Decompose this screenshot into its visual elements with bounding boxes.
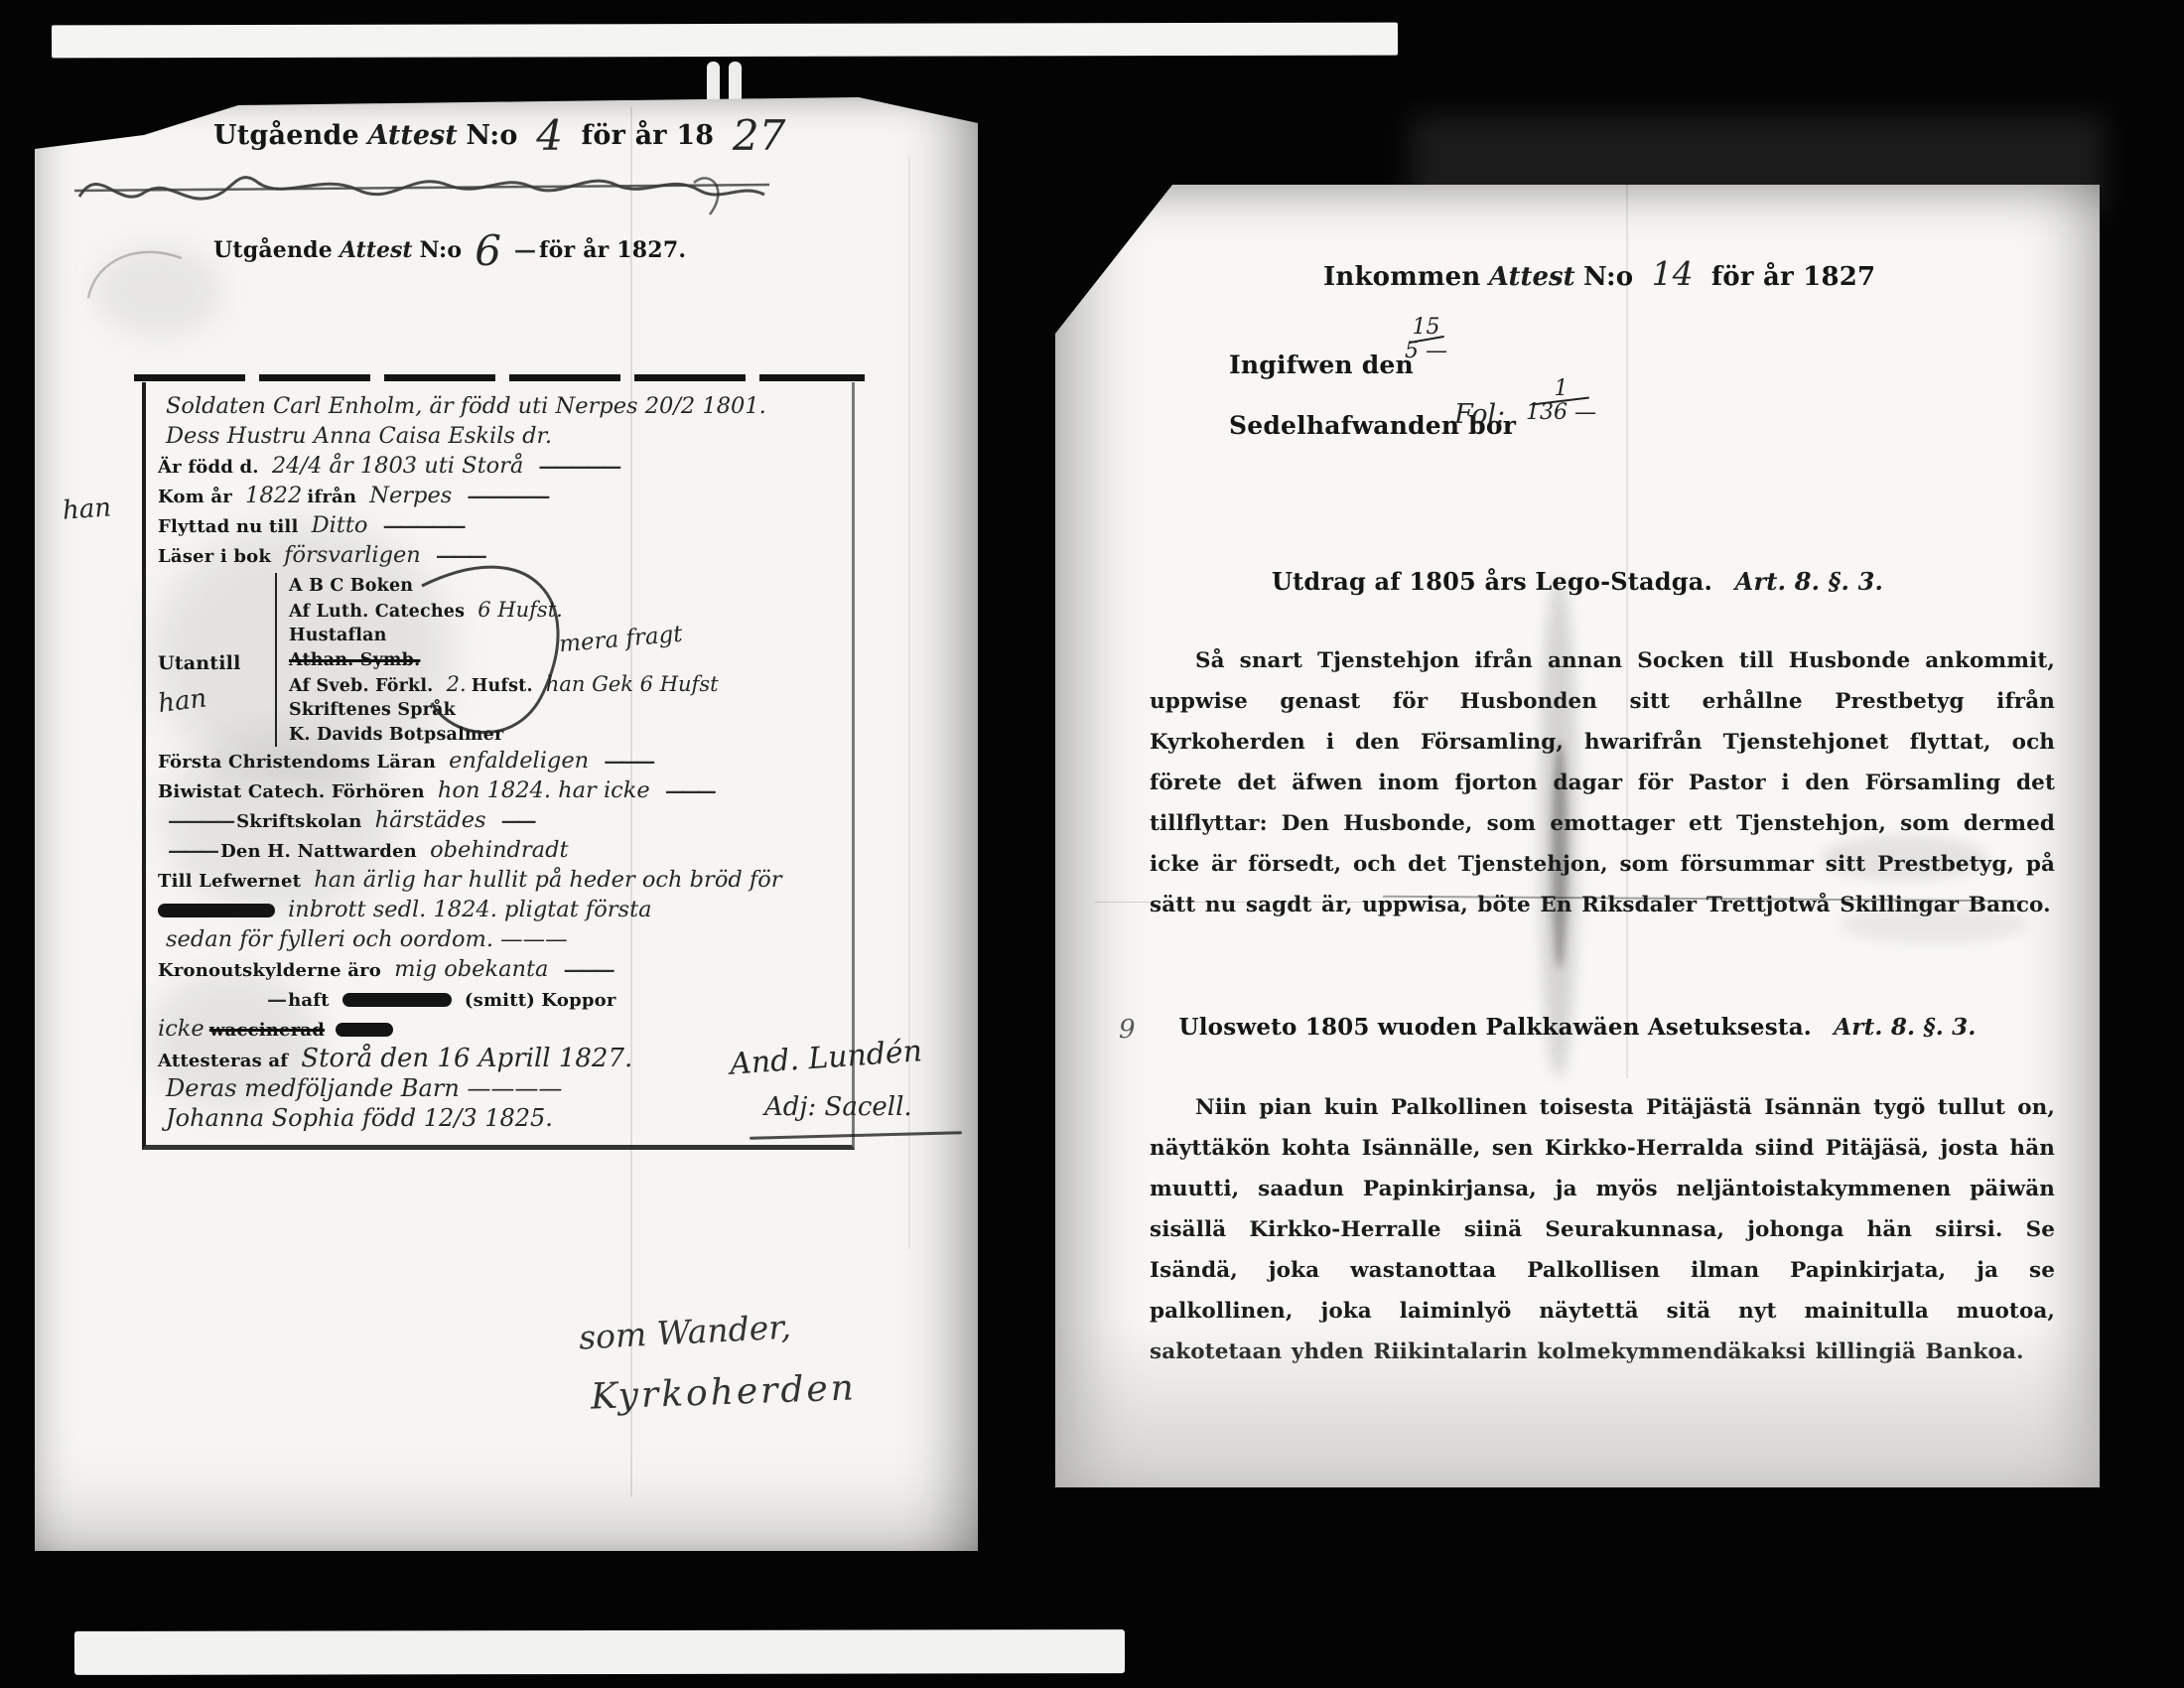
- dash-line: ——: [501, 808, 533, 832]
- swedish-extract-title: Utdrag af 1805 års Lego-Stadga. Art. 8. …: [1055, 567, 2100, 596]
- margin-note: han: [62, 492, 112, 525]
- form-row: Kom år 1822 ifrån Nerpes —————: [158, 482, 852, 511]
- handwritten-entry: han: [157, 675, 277, 719]
- printed-label: Är född d.: [158, 457, 259, 478]
- fold-line: [1626, 185, 1628, 1078]
- printed-label: Läser i bok: [158, 546, 271, 567]
- printed-label: Flyttad nu till: [158, 516, 299, 537]
- printed-label: Biwistat Catech. Förhören: [158, 781, 425, 802]
- handwritten-entry: härstädes: [375, 807, 486, 833]
- form-row: Flyttad nu till Ditto —————: [158, 511, 852, 541]
- printed-label: ifrån: [307, 487, 356, 507]
- handwritten-entry: Soldaten Carl Enholm, är född uti Nerpes…: [166, 393, 766, 419]
- form-top-border: [134, 374, 865, 381]
- form-row: Johanna Sophia född 12/3 1825.: [158, 1104, 852, 1134]
- handwritten-loop-flourish: [392, 544, 601, 777]
- form-row: Biwistat Catech. Förhören hon 1824. har …: [158, 776, 852, 806]
- right-page-heading: Inkommen Attest N:o 14 för år 1827: [1323, 254, 1875, 293]
- dash-line: ———: [168, 838, 215, 862]
- bottom-handwritten-note: som Wander,: [578, 1307, 792, 1356]
- handwritten-entry: Johanna Sophia född 12/3 1825.: [166, 1104, 553, 1132]
- handwritten-entry: Nerpes: [369, 483, 452, 508]
- form-row: Soldaten Carl Enholm, är född uti Nerpes…: [158, 392, 852, 422]
- ingifwen-label: Ingifwen den: [1229, 351, 1414, 379]
- left-page-heading-2: Utgående Attest N:o 6 — för år 1827.: [213, 226, 686, 275]
- signature-title: Adj: Sacell.: [764, 1092, 912, 1122]
- form-row: — haft (smitt) Koppor: [158, 985, 852, 1015]
- dash-line: —————: [467, 484, 546, 507]
- handwritten-entry: obehindradt: [430, 837, 568, 863]
- dash-line: —————: [538, 454, 617, 478]
- heading-word: N:o: [1583, 262, 1633, 292]
- form-row: inbrott sedl. 1824. pligtat första: [158, 896, 852, 925]
- handwritten-entry: mig obekanta: [394, 956, 548, 982]
- page-corner-fold: [82, 236, 192, 306]
- folio-handwritten: Fol:: [1454, 399, 1505, 430]
- utantill-label-column: Utantill han: [158, 573, 275, 747]
- printed-label: Hustaflan: [289, 626, 387, 645]
- handwritten-entry: Ditto: [312, 512, 368, 538]
- printed-label: Den H. Nattwarden: [220, 841, 417, 862]
- form-row: Är född d. 24/4 år 1803 uti Storå —————: [158, 452, 852, 482]
- handwritten-entry: 24/4 år 1803 uti Storå: [272, 453, 523, 479]
- date-fraction-handwritten: 15 5 —: [1405, 318, 1447, 361]
- struck-printed-label: waccinerad: [209, 1020, 325, 1041]
- right-page: Inkommen Attest N:o 14 för år 1827 Ingif…: [1055, 185, 2100, 1487]
- form-row: sedan för fylleri och oordom. ———: [158, 925, 852, 955]
- article-reference: Art. 8. §. 3.: [1735, 567, 1883, 596]
- printed-label: Skriftskolan: [236, 811, 361, 832]
- form-row: Till Lefwernet han ärlig har hullit på h…: [158, 866, 852, 896]
- printed-label: Attesteras af: [158, 1051, 288, 1071]
- handwritten-entry: 1822: [245, 483, 302, 508]
- dash-line: —: [267, 987, 283, 1011]
- ink-blot: [158, 904, 275, 917]
- printed-label: Kom år: [158, 487, 232, 507]
- form-row: ———— Skriftskolan härstädes ——: [158, 806, 852, 836]
- printed-label: Kronoutskylderne äro: [158, 960, 381, 981]
- handwritten-entry: icke: [158, 1016, 205, 1042]
- form-row: Kronoutskylderne äro mig obekanta ———: [158, 955, 852, 985]
- handwritten-entry: hon 1824. har icke: [438, 777, 650, 803]
- attest-number-handwritten: 6: [475, 226, 501, 275]
- printed-label: haft: [288, 990, 330, 1011]
- dash-line: —: [514, 237, 532, 263]
- heading-word: Attest: [1489, 262, 1575, 292]
- printed-label: Till Lefwernet: [158, 871, 301, 892]
- left-page: Utgående Attest N:o 4 för år 18 27 Utgåe…: [35, 97, 978, 1551]
- handwritten-entry: Dess Hustru Anna Caisa Eskils dr.: [166, 423, 552, 449]
- form-row: Dess Hustru Anna Caisa Eskils dr.: [158, 422, 852, 452]
- heading-word: N:o: [420, 237, 463, 263]
- article-reference: Art. 8. §. 3.: [1834, 1014, 1976, 1041]
- dash-line: ———: [564, 957, 612, 981]
- heading-word: Inkommen: [1323, 262, 1481, 292]
- form-row: ——— Den H. Nattwarden obehindradt: [158, 836, 852, 866]
- dash-line: ———: [604, 749, 651, 773]
- bottom-handwritten-note: Kyrkoherden: [590, 1367, 857, 1417]
- extract-title-text: Utdrag af 1805 års Lego-Stadga.: [1272, 567, 1712, 596]
- dash-line: ————: [168, 808, 231, 832]
- film-strip-bottom: [74, 1629, 1125, 1675]
- fold-line: [908, 157, 910, 1249]
- handwritten-entry: Deras medföljande Barn ————: [166, 1074, 562, 1102]
- heading-year: för år 1827: [1711, 262, 1875, 292]
- handwritten-entry: han ärlig har hullit på heder och bröd f…: [314, 867, 781, 893]
- swedish-extract-body: Så snart Tjenstehjon ifrån annan Socken …: [1150, 640, 2055, 925]
- form-row: icke waccinerad: [158, 1015, 852, 1045]
- heading-word: Utgående: [213, 237, 333, 263]
- handwritten-entry: inbrott sedl. 1824. pligtat första: [288, 897, 651, 922]
- fraction-denominator: 136 —: [1526, 403, 1596, 423]
- attest-number-handwritten: 14: [1652, 254, 1694, 293]
- printed-label: (smitt) Koppor: [465, 990, 616, 1011]
- ink-blot: [342, 993, 452, 1007]
- film-strip-top: [52, 23, 1398, 59]
- heading-year: för år 1827.: [539, 237, 686, 263]
- printed-label: Utantill: [158, 573, 275, 674]
- finnish-extract-body: Niin pian kuin Palkollinen toisesta Pitä…: [1150, 1087, 2055, 1372]
- folio-fraction-handwritten: 1 136 —: [1526, 379, 1596, 423]
- fraction-numerator: 15: [1405, 318, 1447, 338]
- heading-word: Attest: [340, 237, 413, 263]
- handwritten-entry: Storå den 16 Aprill 1827.: [301, 1044, 632, 1073]
- dash-line: ———: [665, 778, 713, 802]
- ink-blot: [336, 1023, 393, 1037]
- finnish-extract-title: Ulosweto 1805 wuoden Palkkawäen Asetukse…: [1055, 1014, 2100, 1041]
- extract-title-text: Ulosweto 1805 wuoden Palkkawäen Asetukse…: [1178, 1014, 1812, 1041]
- handwritten-entry: sedan för fylleri och oordom. ———: [166, 926, 568, 952]
- crossed-out-handwriting: [74, 145, 769, 222]
- fraction-denominator: 5 —: [1405, 342, 1447, 361]
- dash-line: —————: [383, 513, 463, 537]
